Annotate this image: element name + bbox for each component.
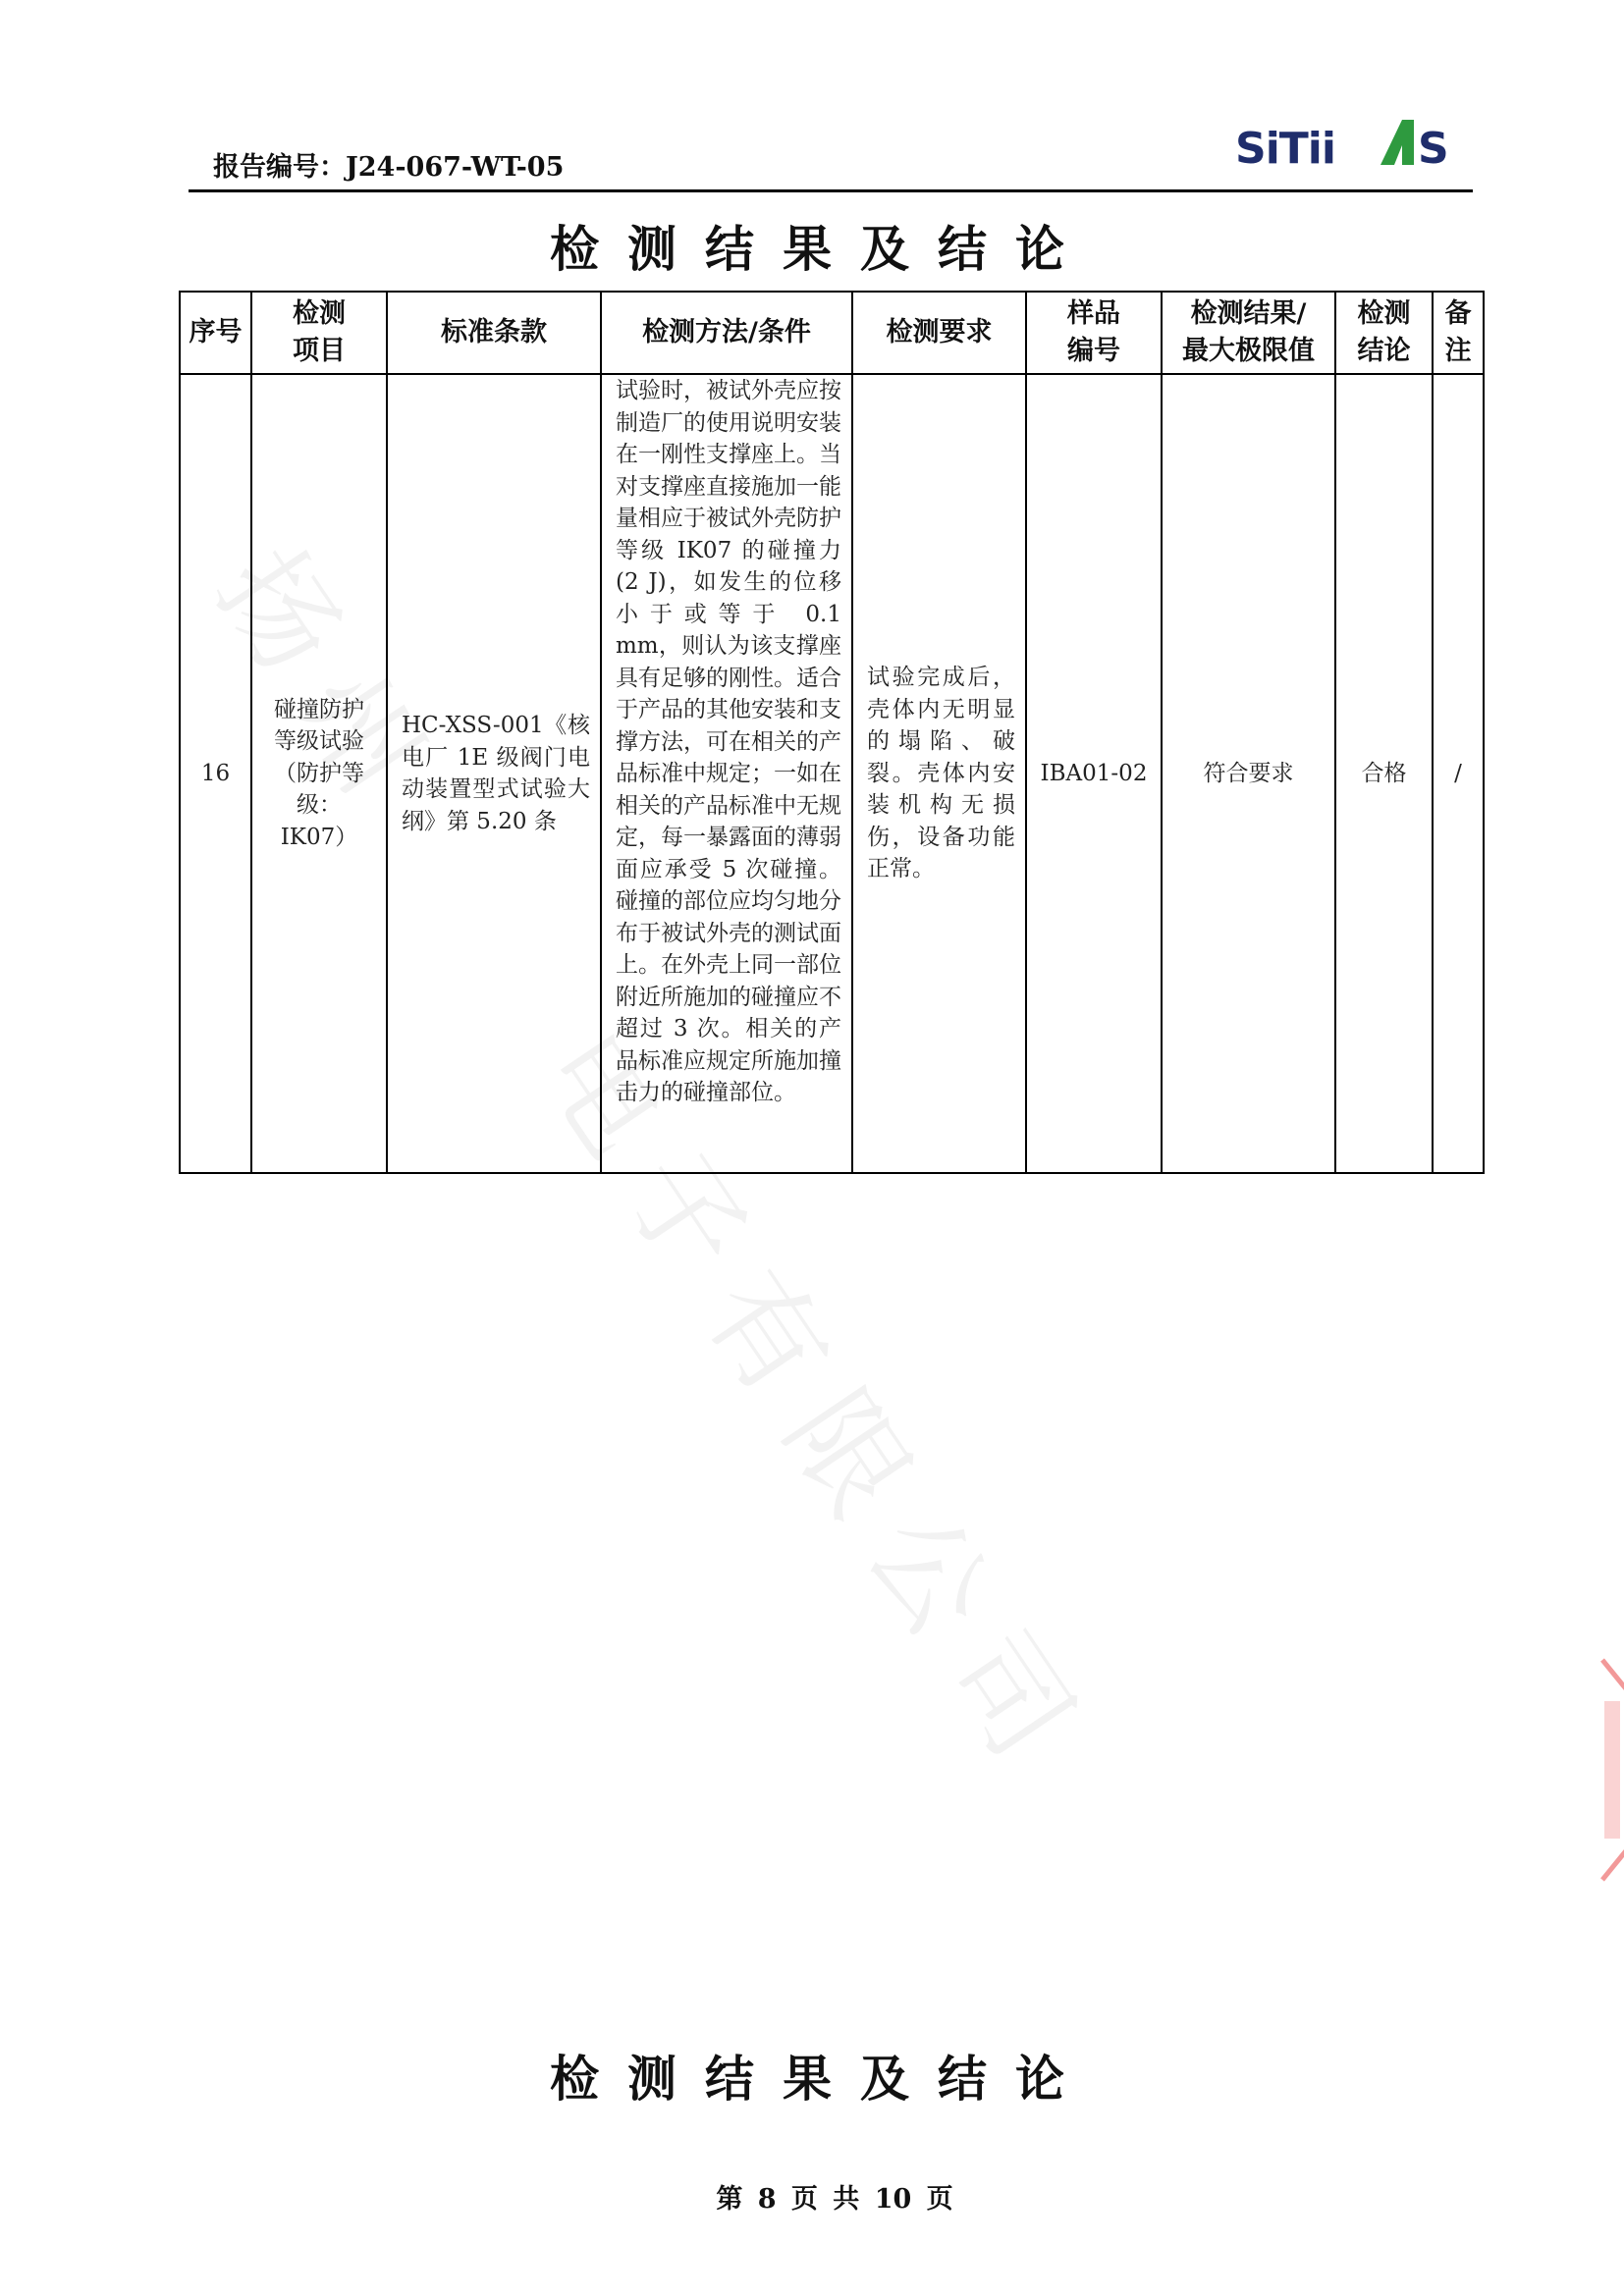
results-table: 序号 检测项目 标准条款 检测方法/条件 检测要求 样品编号 检测结果/最大极限…	[179, 291, 1485, 1174]
col-header-method: 检测方法/条件	[601, 292, 852, 374]
page-title: 检测结果及结论	[550, 210, 1080, 281]
header-rule	[189, 189, 1473, 192]
svg-text:S: S	[1418, 124, 1449, 167]
cell-remark: /	[1433, 374, 1484, 1173]
report-number: 报告编号：J24-067-WT-05	[213, 145, 564, 184]
cell-method: 试验时，被试外壳应按制造厂的使用说明安装在一刚性支撑座上。当对支撑座直接施加一能…	[601, 374, 852, 1173]
cell-sample-no: IBA01-02	[1026, 374, 1162, 1173]
col-header-standard: 标准条款	[387, 292, 601, 374]
col-header-sample-no: 样品编号	[1026, 292, 1162, 374]
col-header-result: 检测结果/最大极限值	[1162, 292, 1335, 374]
report-number-value: J24-067-WT-05	[346, 152, 564, 183]
page-title-repeat: 检测结果及结论	[550, 2040, 1080, 2110]
table-row: 16 碰撞防护等级试验（防护等级：IK07） HC-XSS-001《核电厂 1E…	[180, 374, 1484, 1173]
table-header-row: 序号 检测项目 标准条款 检测方法/条件 检测要求 样品编号 检测结果/最大极限…	[180, 292, 1484, 374]
page-number: 第 8 页 共 10 页	[648, 2177, 1021, 2216]
col-header-conclusion: 检测结论	[1335, 292, 1433, 374]
col-header-seq: 序号	[180, 292, 251, 374]
col-header-item: 检测项目	[251, 292, 387, 374]
cell-result: 符合要求	[1162, 374, 1335, 1173]
cell-standard: HC-XSS-001《核电厂 1E 级阀门电动装置型式试验大纲》第 5.20 条	[387, 374, 601, 1173]
company-logo: SiTii S	[1235, 116, 1463, 167]
red-seal-stamp	[1598, 1652, 1624, 1888]
col-header-requirement: 检测要求	[852, 292, 1026, 374]
svg-text:SiTii: SiTii	[1235, 124, 1335, 167]
cell-requirement: 试验完成后，壳体内无明显的塌陷、破裂。壳体内安装机构无损伤，设备功能正常。	[852, 374, 1026, 1173]
col-header-remark: 备注	[1433, 292, 1484, 374]
report-number-label: 报告编号：	[213, 152, 346, 183]
cell-item: 碰撞防护等级试验（防护等级：IK07）	[251, 374, 387, 1173]
cell-seq: 16	[180, 374, 251, 1173]
cell-conclusion: 合格	[1335, 374, 1433, 1173]
